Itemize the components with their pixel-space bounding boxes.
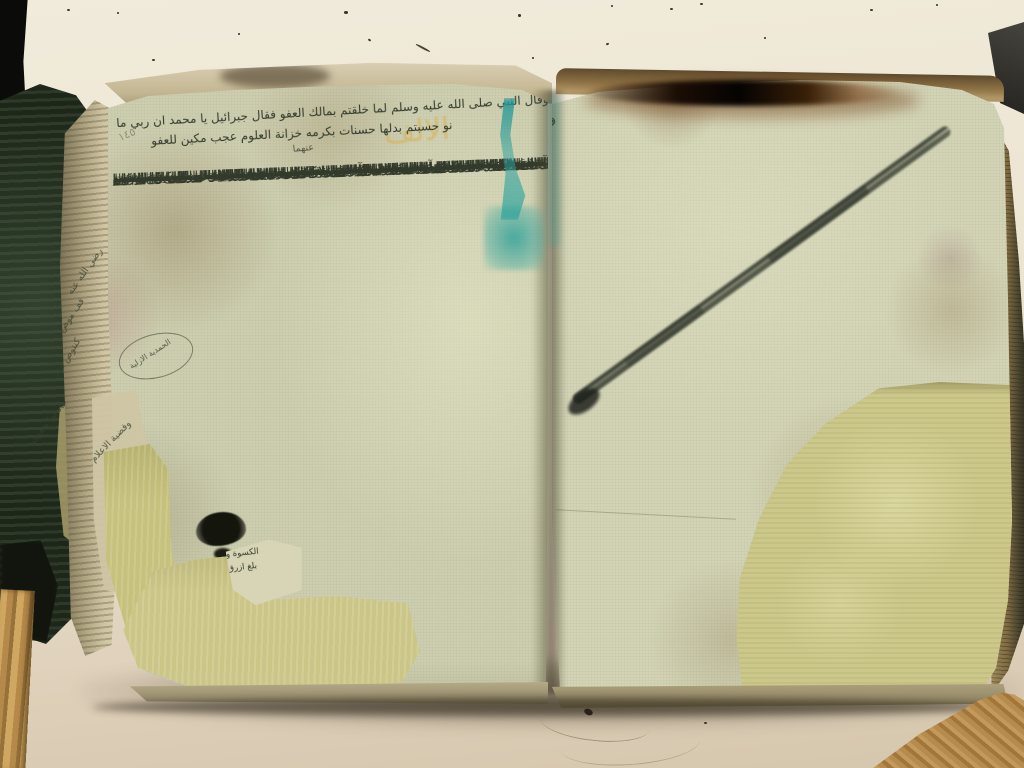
debris-speck	[606, 43, 610, 46]
debris-speck	[611, 5, 613, 7]
debris-speck	[368, 38, 372, 41]
debris-speck	[870, 9, 873, 11]
debris-speck	[152, 59, 155, 61]
burnt-edge-stain	[590, 80, 902, 106]
debris-speck	[704, 722, 707, 724]
debris-speck	[518, 14, 521, 17]
debris-speck	[700, 3, 703, 5]
debris-speck	[117, 12, 119, 14]
page-gap-shadow	[220, 64, 330, 88]
debris-speck	[532, 57, 534, 59]
debris-speck	[238, 33, 240, 35]
debris-speck	[67, 9, 70, 11]
debris-speck	[670, 8, 673, 10]
teal-paint-mark	[484, 206, 544, 270]
debris-speck	[764, 37, 766, 39]
circle-note-text: الحمدية الازلية	[128, 337, 173, 370]
wooden-stick	[0, 589, 35, 768]
manuscript-photo: الالف ١٤٥ وقال النبي صلى الله عليه وسلم …	[0, 0, 1024, 768]
debris-speck	[936, 4, 938, 6]
fragment-line: بلغ ازرق	[226, 554, 263, 576]
teal-paint-mark	[548, 96, 560, 246]
debris-speck	[344, 11, 348, 14]
debris-hair	[415, 43, 430, 52]
